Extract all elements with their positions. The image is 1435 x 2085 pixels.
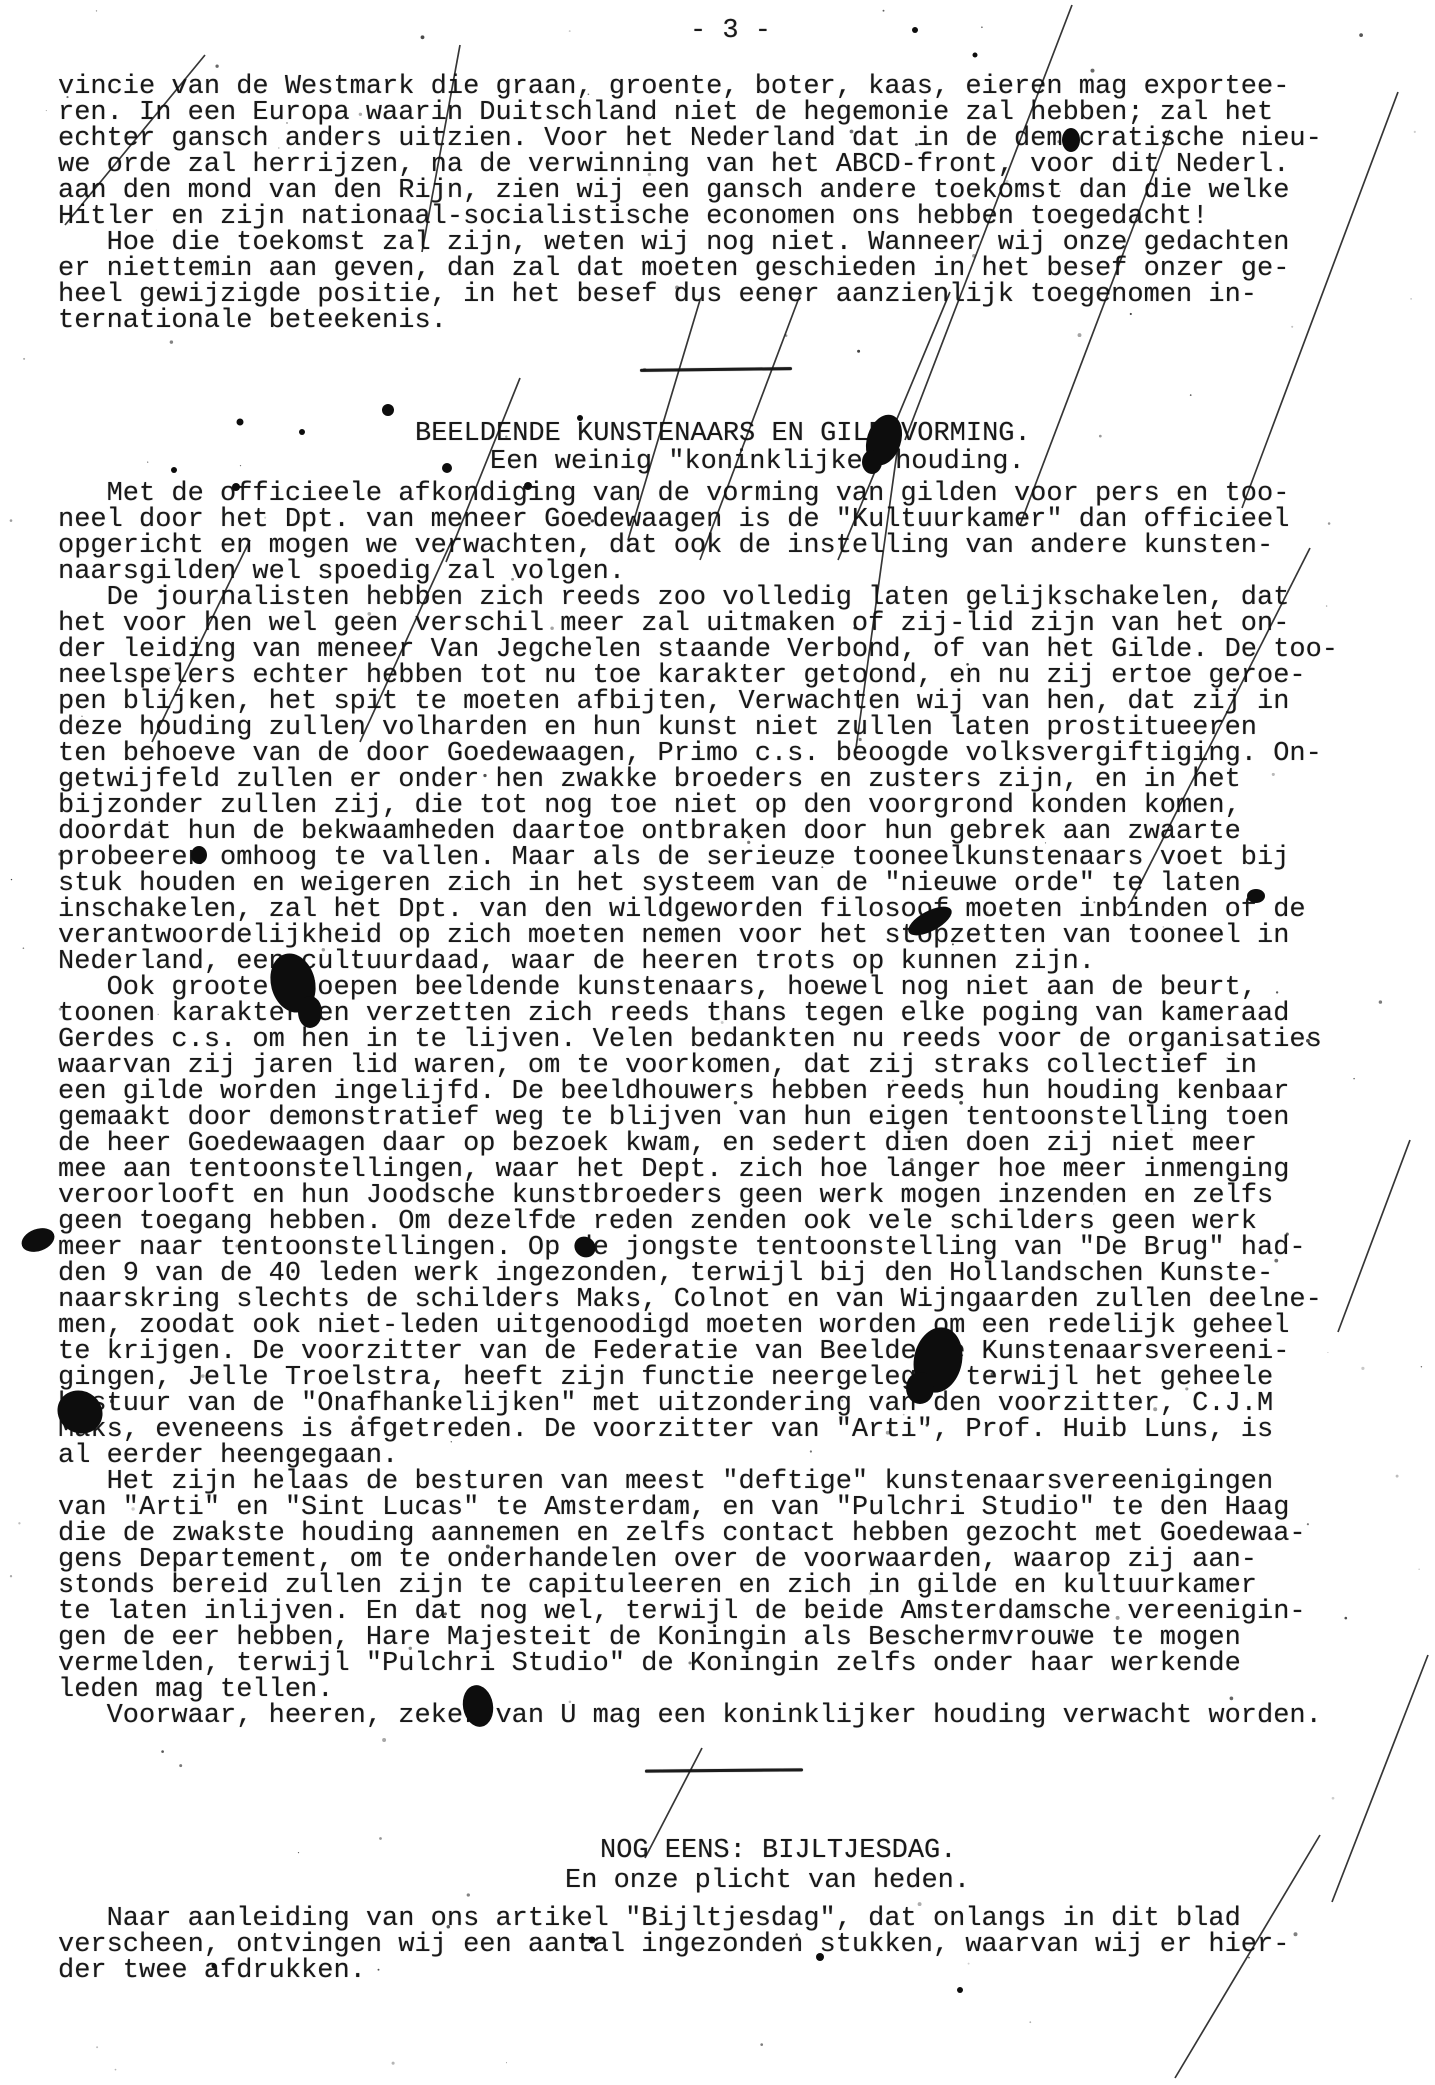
text-line: getwijfeld zullen er onder hen zwakke br…	[58, 767, 1435, 793]
article-subheading: Een weinig "koninklijke" houding.	[490, 449, 1435, 475]
text-line: waarvan zij jaren lid waren, om te voork…	[58, 1053, 1435, 1079]
scanned-document-page: - 3 - vincie van de Westmark die graan, …	[0, 0, 1435, 2085]
text-line: de heer Goedewaagen daar op bezoek kwam,…	[58, 1131, 1435, 1157]
text-line: vermelden, terwijl "Pulchri Studio" de K…	[58, 1651, 1435, 1677]
article-heading: BEELDENDE KUNSTENAARS EN GILDEVORMING.	[415, 421, 1435, 447]
intro-paragraphs: vincie van de Westmark die graan, groent…	[58, 74, 1435, 334]
separator-rule	[645, 1768, 803, 1772]
text-line: ren. In een Europa waarin Duitschland ni…	[58, 100, 1435, 126]
text-line: naarskring slechts de schilders Maks, Co…	[58, 1287, 1435, 1313]
text-line: pen blijken, het spit te moeten afbijten…	[58, 689, 1435, 715]
text-line: te laten inlijven. En dat nog wel, terwi…	[58, 1599, 1435, 1625]
text-line: men, zoodat ook niet-leden uitgenoodigd …	[58, 1313, 1435, 1339]
text-line: Voorwaar, heeren, zeker van U mag een ko…	[58, 1703, 1435, 1729]
text-line: meer naar tentoonstellingen. Op de jongs…	[58, 1235, 1435, 1261]
text-line: neelspelers echter hebben tot nu toe kar…	[58, 663, 1435, 689]
text-line: stuk houden en weigeren zich in het syst…	[58, 871, 1435, 897]
text-line: der leiding van meneer Van Jegchelen sta…	[58, 637, 1435, 663]
text-line: Met de officieele afkondiging van de vor…	[58, 481, 1435, 507]
text-line: toonen karakter en verzetten zich reeds …	[58, 1001, 1435, 1027]
text-line: die de zwakste houding aannemen en zelfs…	[58, 1521, 1435, 1547]
page-number: - 3 -	[690, 18, 1435, 44]
text-line: naarsgilden wel spoedig zal volgen.	[58, 559, 1435, 585]
text-line: stonds bereid zullen zijn te capituleere…	[58, 1573, 1435, 1599]
text-line: geen toegang hebben. Om dezelfde reden z…	[58, 1209, 1435, 1235]
text-line: te krijgen. De voorzitter van de Federat…	[58, 1339, 1435, 1365]
text-line: verantwoordelijkheid op zich moeten neme…	[58, 923, 1435, 949]
text-line: echter gansch anders uitzien. Voor het N…	[58, 126, 1435, 152]
text-line: het voor hen wel geen verschil meer zal …	[58, 611, 1435, 637]
text-line: Ook groote groepen beeldende kunstenaars…	[58, 975, 1435, 1001]
text-line: den 9 van de 40 leden werk ingezonden, t…	[58, 1261, 1435, 1287]
text-line: gens Departement, om te onderhandelen ov…	[58, 1547, 1435, 1573]
text-line: gemaakt door demonstratief weg te blijve…	[58, 1105, 1435, 1131]
text-line: Hitler en zijn nationaal-socialistische …	[58, 204, 1435, 230]
text-line: ternationale beteekenis.	[58, 308, 1435, 334]
text-line: Naar aanleiding van ons artikel "Bijltje…	[58, 1906, 1435, 1932]
separator-rule	[640, 367, 792, 372]
text-line: leden mag tellen.	[58, 1677, 1435, 1703]
text-line: vincie van de Westmark die graan, groent…	[58, 74, 1435, 100]
text-line: der twee afdrukken.	[58, 1958, 1435, 1984]
text-line: Gerdes c.s. om hen in te lijven. Velen b…	[58, 1027, 1435, 1053]
text-line: van "Arti" en "Sint Lucas" te Amsterdam,…	[58, 1495, 1435, 1521]
text-line: inschakelen, zal het Dpt. van den wildge…	[58, 897, 1435, 923]
text-line: veroorlooft en hun Joodsche kunstbroeder…	[58, 1183, 1435, 1209]
text-line: aan den mond van den Rijn, zien wij een …	[58, 178, 1435, 204]
text-line: gingen, Jelle Troelstra, heeft zijn func…	[58, 1365, 1435, 1391]
article2-body: Naar aanleiding van ons artikel "Bijltje…	[58, 1906, 1435, 1984]
text-line: deze houding zullen volharden en hun kun…	[58, 715, 1435, 741]
text-line: neel door het Dpt. van meneer Goedewaage…	[58, 507, 1435, 533]
article2-subheading: En onze plicht van heden.	[565, 1868, 1435, 1894]
text-line: Maks, eveneens is afgetreden. De voorzit…	[58, 1417, 1435, 1443]
text-line: probeeren omhoog te vallen. Maar als de …	[58, 845, 1435, 871]
text-line: doordat hun de bekwaamheden daartoe ontb…	[58, 819, 1435, 845]
text-line: heel gewijzigde positie, in het besef du…	[58, 282, 1435, 308]
text-line: Het zijn helaas de besturen van meest "d…	[58, 1469, 1435, 1495]
article-body: Met de officieele afkondiging van de vor…	[58, 481, 1435, 1729]
text-line: er niettemin aan geven, dan zal dat moet…	[58, 256, 1435, 282]
text-line: Nederland, een cultuurdaad, waar de heer…	[58, 949, 1435, 975]
text-line: een gilde worden ingelijfd. De beeldhouw…	[58, 1079, 1435, 1105]
text-line: verscheen, ontvingen wij een aantal inge…	[58, 1932, 1435, 1958]
text-line: al eerder heengegaan.	[58, 1443, 1435, 1469]
text-line: Hoe die toekomst zal zijn, weten wij nog…	[58, 230, 1435, 256]
text-line: mee aan tentoonstellingen, waar het Dept…	[58, 1157, 1435, 1183]
article2-heading: NOG EENS: BIJLTJESDAG.	[600, 1838, 1435, 1864]
text-line: De journalisten hebben zich reeds zoo vo…	[58, 585, 1435, 611]
text-line: bijzonder zullen zij, die tot nog toe ni…	[58, 793, 1435, 819]
text-line: bestuur van de "Onafhankelijken" met uit…	[58, 1391, 1435, 1417]
text-line: opgericht en mogen we verwachten, dat oo…	[58, 533, 1435, 559]
text-line: gen de eer hebben, Hare Majesteit de Kon…	[58, 1625, 1435, 1651]
text-line: ten behoeve van de door Goedewaagen, Pri…	[58, 741, 1435, 767]
text-line: we orde zal herrijzen, na de verwinning …	[58, 152, 1435, 178]
